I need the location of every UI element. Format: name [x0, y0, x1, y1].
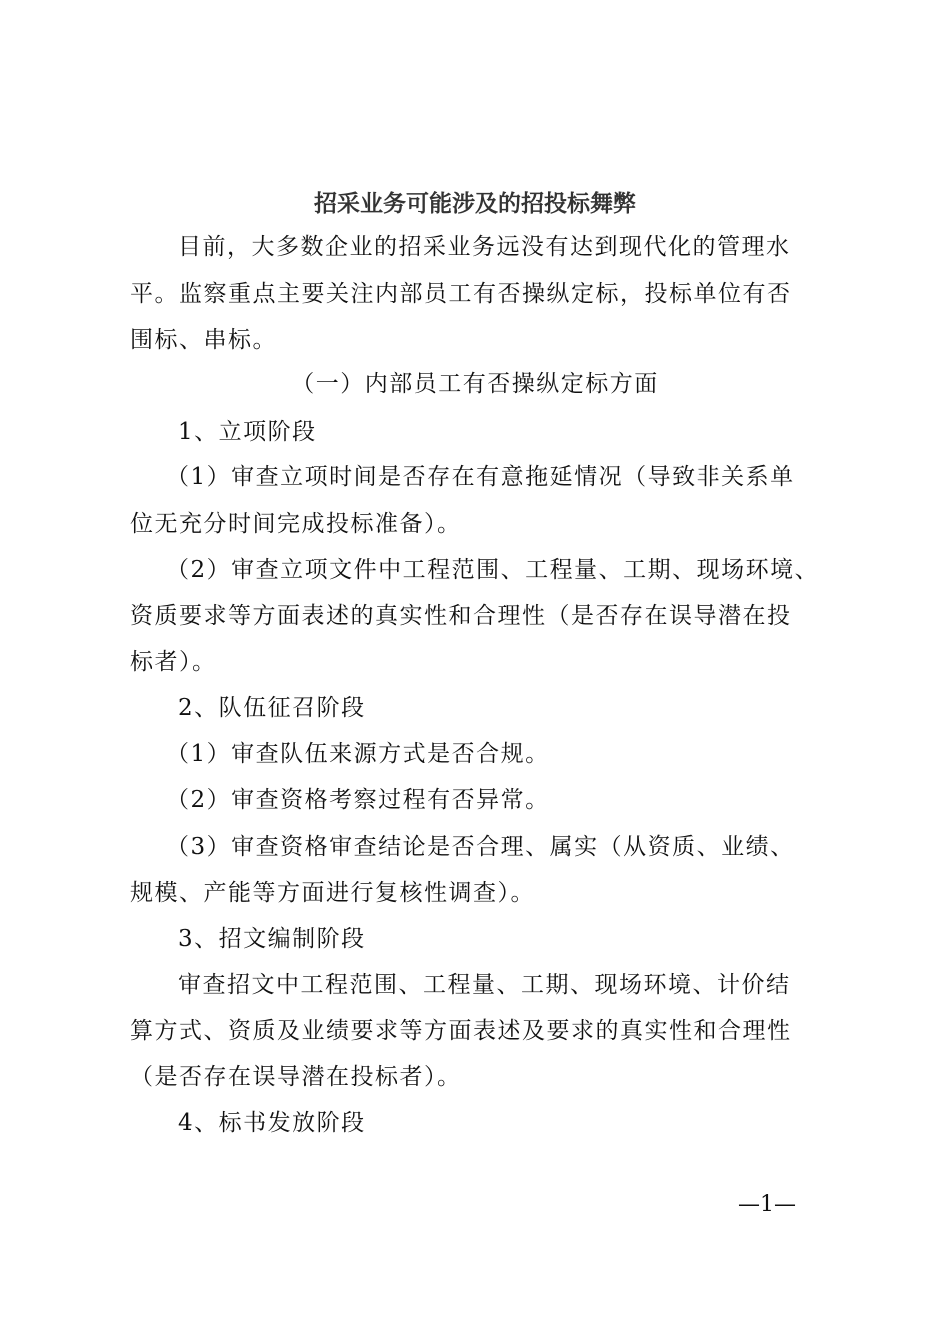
item-2-1: （1）审查队伍来源方式是否合规。 — [130, 739, 876, 769]
item-1-2-line-2: 资质要求等方面表述的真实性和合理性（是否存在误导潜在投 — [130, 601, 840, 631]
subheading-stage-1: 1、立项阶段 — [130, 417, 888, 447]
item-2-3-line-1: （3）审查资格审查结论是否合理、属实（从资质、业绩、 — [130, 832, 876, 862]
subheading-stage-4: 4、标书发放阶段 — [130, 1108, 888, 1138]
item-3-line-2: 算方式、资质及业绩要求等方面表述及要求的真实性和合理性 — [130, 1016, 840, 1046]
paragraph-intro-line-3: 围标、串标。 — [130, 325, 840, 355]
item-1-1-line-2: 位无充分时间完成投标准备）。 — [130, 509, 840, 539]
section-heading: （一）内部员工有否操纵定标方面 — [0, 369, 950, 399]
item-3-line-3: （是否存在误导潜在投标者）。 — [130, 1062, 840, 1092]
paragraph-intro-line-1: 目前，大多数企业的招采业务远没有达到现代化的管理水 — [130, 232, 888, 262]
subheading-stage-2: 2、队伍征召阶段 — [130, 693, 888, 723]
subheading-stage-3: 3、招文编制阶段 — [130, 924, 888, 954]
item-1-2-line-1: （2）审查立项文件中工程范围、工程量、工期、现场环境、 — [130, 555, 876, 585]
item-2-2: （2）审查资格考察过程有否异常。 — [130, 785, 876, 815]
item-2-3-line-2: 规模、产能等方面进行复核性调查）。 — [130, 878, 840, 908]
paragraph-intro-line-2: 平。监察重点主要关注内部员工有否操纵定标，投标单位有否 — [130, 279, 840, 309]
item-3-line-1: 审查招文中工程范围、工程量、工期、现场环境、计价结 — [130, 970, 888, 1000]
page-number: —1— — [738, 1192, 796, 1217]
document-page: 招采业务可能涉及的招投标舞弊 目前，大多数企业的招采业务远没有达到现代化的管理水… — [0, 0, 950, 1344]
item-1-1-line-1: （1）审查立项时间是否存在有意拖延情况（导致非关系单 — [130, 462, 876, 492]
document-title: 招采业务可能涉及的招投标舞弊 — [0, 185, 950, 218]
item-1-2-line-3: 标者）。 — [130, 647, 840, 677]
